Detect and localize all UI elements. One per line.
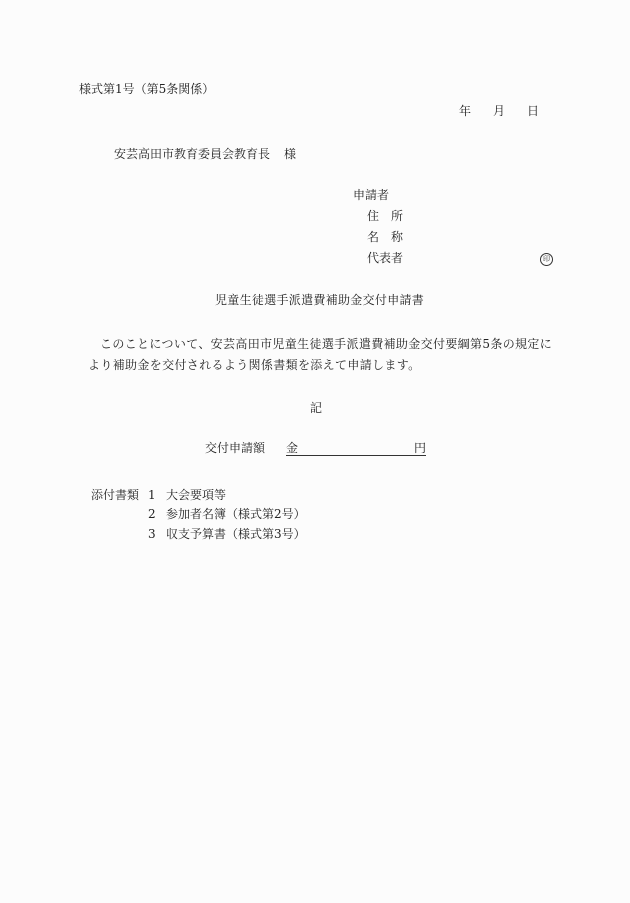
address-label: 住所 [367, 209, 403, 223]
year-label: 年 [459, 104, 471, 118]
addressee: 安芸高田市教育委員会教育長様 [114, 147, 296, 161]
date-line: 年月日 [459, 104, 539, 118]
amount-field[interactable]: 金 円 [286, 441, 426, 456]
amount-prefix: 金 [286, 441, 298, 455]
form-number: 様式第1号（第5条関係） [79, 82, 214, 96]
representative-label: 代表者 [367, 251, 403, 265]
seal-icon: 印 [540, 250, 553, 266]
document-title: 児童生徒選手派遣費補助金交付申請書 [215, 293, 424, 307]
day-label: 日 [527, 104, 539, 118]
addressee-name: 安芸高田市教育委員会教育長 [114, 147, 270, 161]
applicant-heading: 申請者 [353, 188, 389, 202]
name-label: 名称 [367, 230, 403, 244]
ki-heading: 記 [310, 401, 322, 415]
amount-row: 交付申請額 金 円 [205, 441, 265, 455]
amount-label: 交付申請額 [205, 441, 265, 455]
addressee-honorific: 様 [284, 147, 296, 161]
amount-suffix: 円 [414, 441, 426, 455]
attachments-label: 添付書類 [91, 488, 139, 502]
month-label: 月 [493, 104, 505, 118]
body-text: このことについて、安芸高田市児童生徒選手派遣費補助金交付要綱第5条の規定により補… [88, 334, 560, 376]
